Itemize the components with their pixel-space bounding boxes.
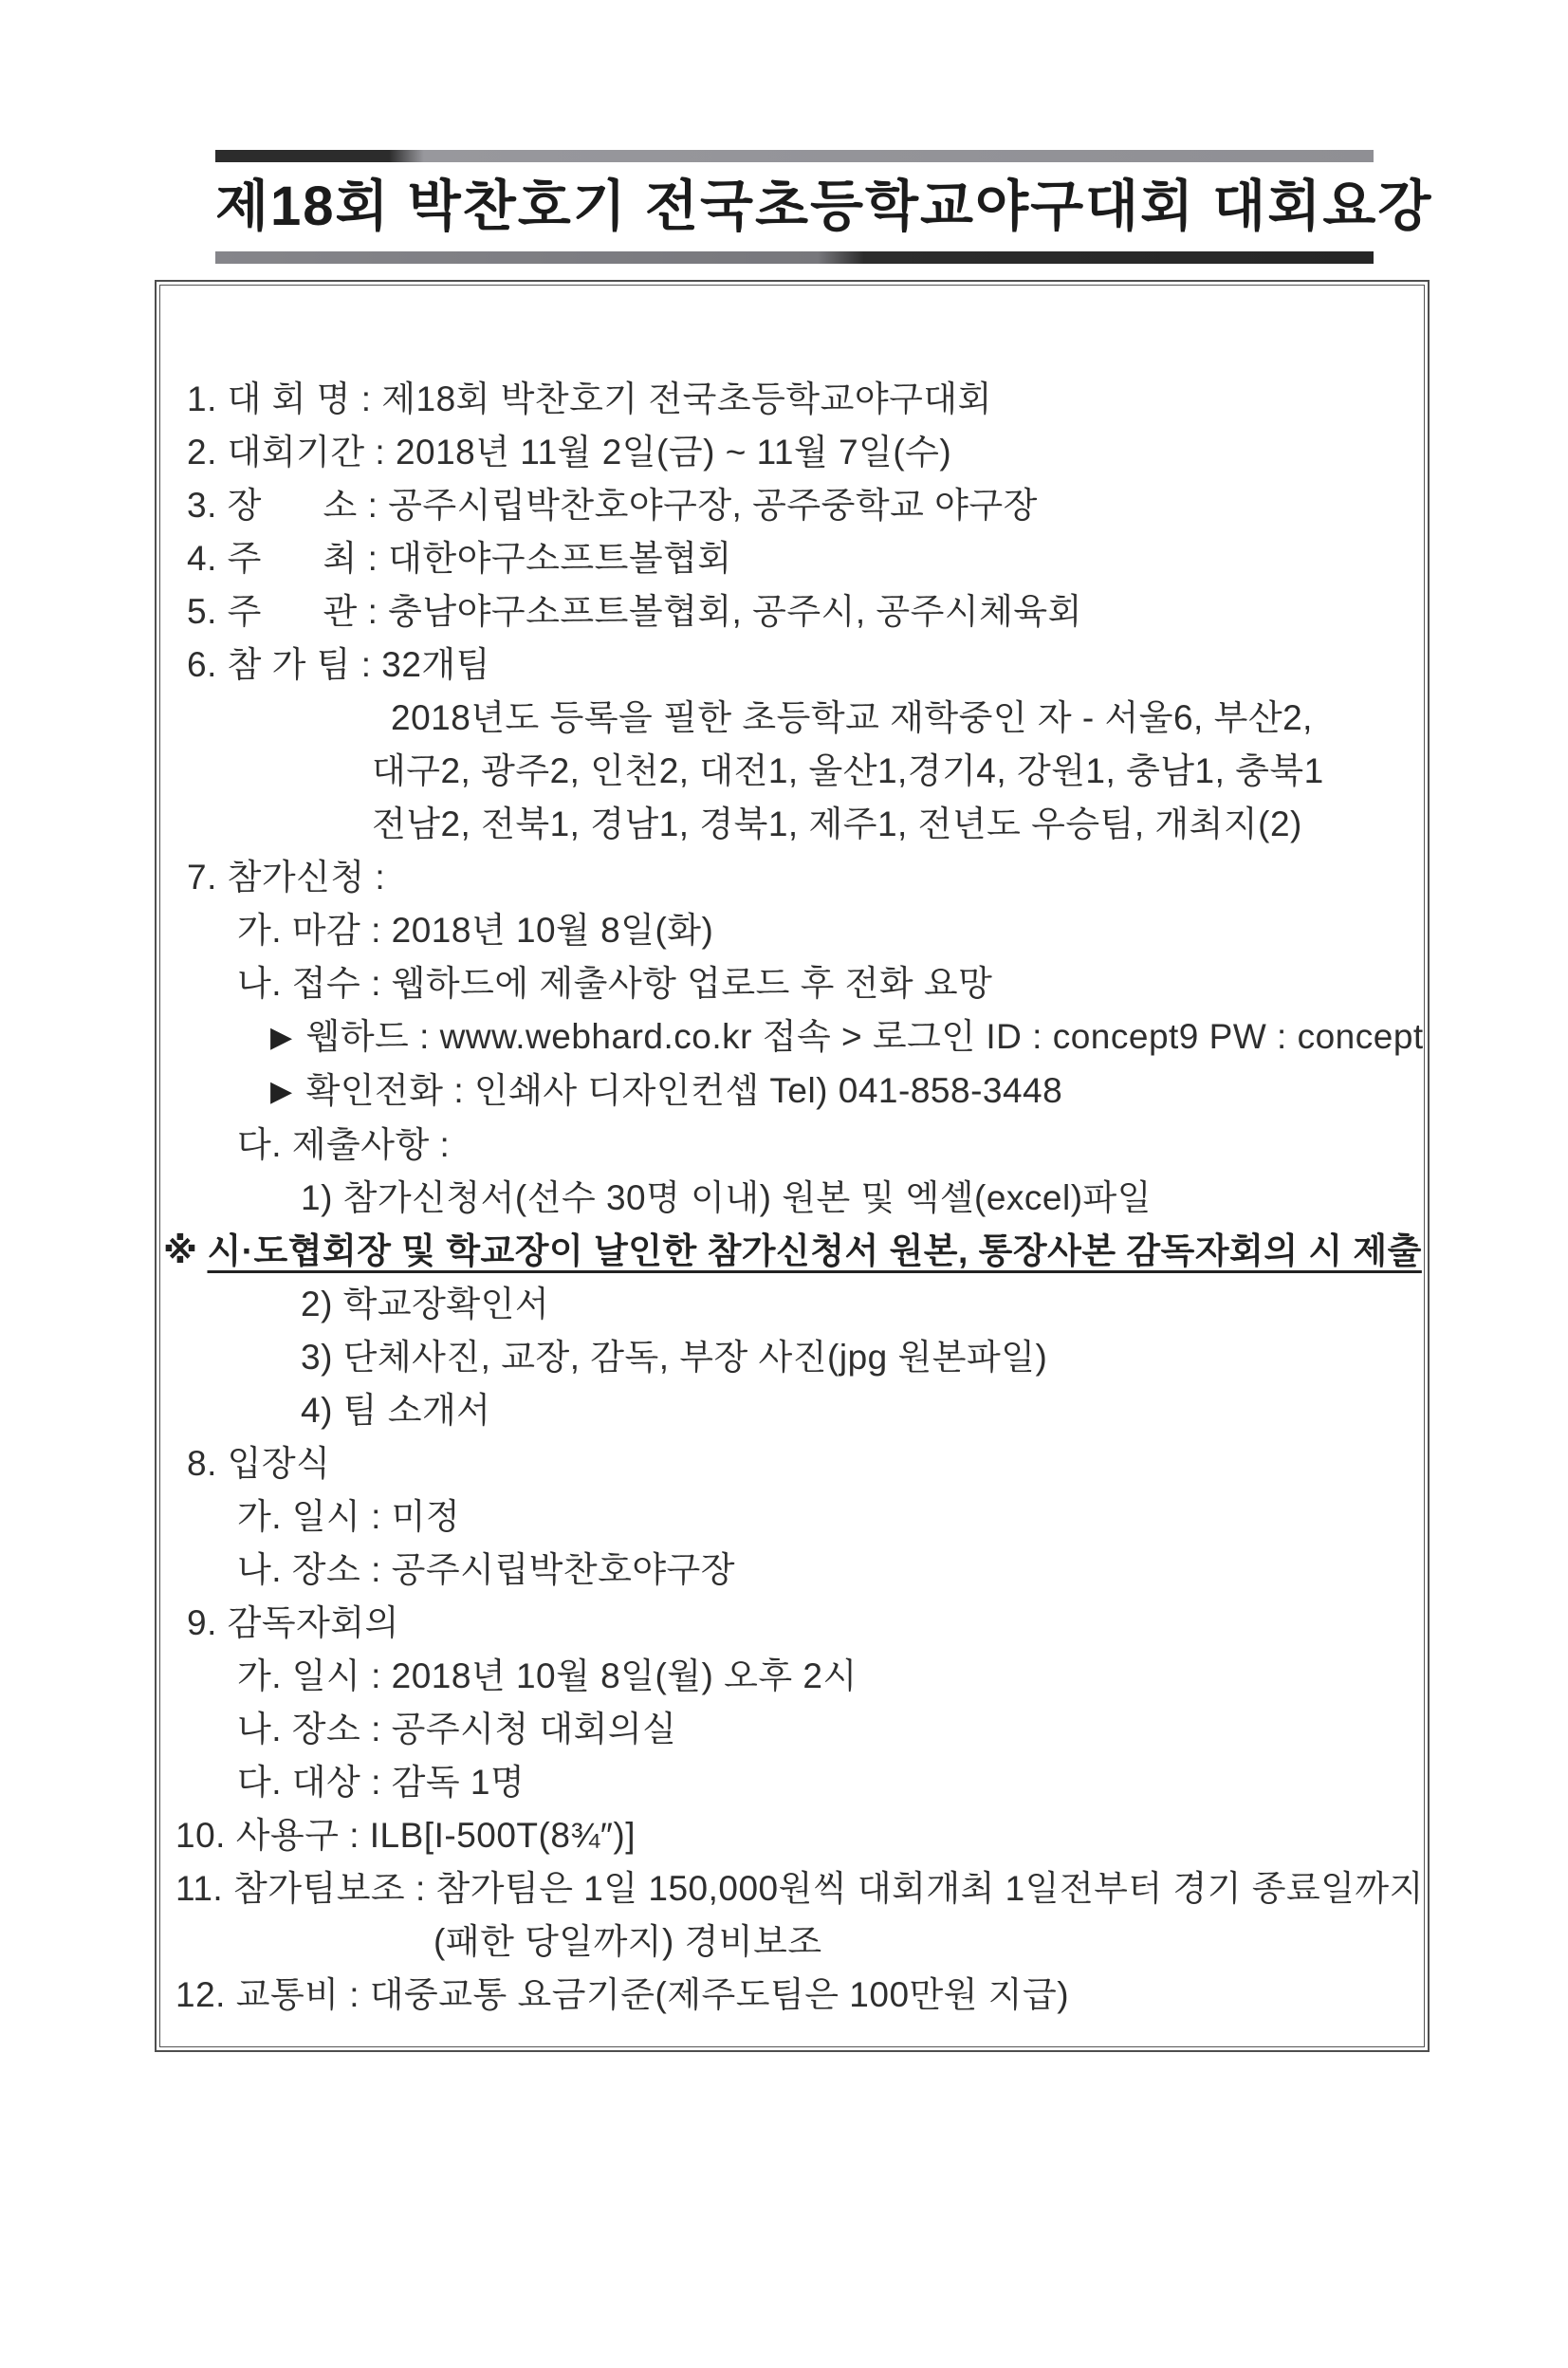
line-participating-teams: 6. 참 가 팀 : 32개팀 xyxy=(157,638,1428,692)
line-meeting-venue: 나. 장소 : 공주시청 대회의실 xyxy=(157,1703,1428,1756)
line-opening-venue: 나. 장소 : 공주시립박찬호야구장 xyxy=(157,1544,1428,1597)
title-rule-bottom xyxy=(215,251,1374,264)
line-teams-detail-1: 2018년도 등록을 필한 초등학교 재학중인 자 - 서울6, 부산2, xyxy=(157,692,1428,745)
document-page: { "doc": { "title": "제18회 박찬호기 전국초등학교야구대… xyxy=(0,150,1568,2368)
line-venue: 3. 장 소 : 공주시립박찬호야구장, 공주중학교 야구장 xyxy=(157,479,1428,532)
line-submission-notice: ※시·도협회장 및 학교장이 날인한 참가신청서 원본, 통장사본 감독자회의 … xyxy=(157,1225,1428,1278)
contact-info-text: 확인전화 : 인쇄사 디자인컨셉 Tel) 041-858-3448 xyxy=(306,1071,1063,1110)
line-opening-datetime: 가. 일시 : 미정 xyxy=(157,1490,1428,1544)
line-managers-meeting: 9. 감독자회의 xyxy=(157,1597,1428,1650)
triangle-bullet-icon: ▶ xyxy=(270,1011,293,1064)
line-doc-entry-form: 1) 참가신청서(선수 30명 이내) 원본 및 엑셀(excel)파일 xyxy=(157,1172,1428,1225)
line-team-support: 11. 참가팀보조 : 참가팀은 1일 150,000원씩 대회개최 1일전부터… xyxy=(157,1862,1428,1915)
line-opening-ceremony: 8. 입장식 xyxy=(157,1437,1428,1490)
line-submission-docs: 다. 제출사항 : xyxy=(157,1119,1428,1172)
line-host: 4. 주 최 : 대한야구소프트볼협회 xyxy=(157,532,1428,585)
line-application-method: 나. 접수 : 웹하드에 제출사항 업로드 후 전화 요망 xyxy=(157,957,1428,1010)
line-transport-fee: 12. 교통비 : 대중교통 요금기준(제주도팀은 100만원 지급) xyxy=(157,1969,1428,2022)
line-application: 7. 참가신청 : xyxy=(157,851,1428,904)
title-band: 제18회 박찬호기 전국초등학교야구대회 대회요강 xyxy=(215,150,1374,264)
line-meeting-attendee: 다. 대상 : 감독 1명 xyxy=(157,1756,1428,1809)
line-contact-info: ▶확인전화 : 인쇄사 디자인컨셉 Tel) 041-858-3448 xyxy=(157,1064,1428,1119)
reference-mark-icon: ※ xyxy=(163,1231,197,1270)
line-webhard-info: ▶웹하드 : www.webhard.co.kr 접속 > 로그인 ID : c… xyxy=(157,1010,1428,1064)
line-teams-detail-2: 대구2, 광주2, 인천2, 대전1, 울산1,경기4, 강원1, 충남1, 충… xyxy=(157,745,1428,798)
webhard-info-text: 웹하드 : www.webhard.co.kr 접속 > 로그인 ID : co… xyxy=(306,1017,1424,1056)
page-title: 제18회 박찬호기 전국초등학교야구대회 대회요강 xyxy=(215,171,1374,243)
line-application-deadline: 가. 마감 : 2018년 10월 8일(화) xyxy=(157,904,1428,957)
triangle-bullet-icon: ▶ xyxy=(270,1065,293,1119)
line-teams-detail-3: 전남2, 전북1, 경남1, 경북1, 제주1, 전년도 우승팀, 개최지(2) xyxy=(157,798,1428,851)
document-body: 1. 대 회 명 : 제18회 박찬호기 전국초등학교야구대회 2. 대회기간 … xyxy=(157,282,1428,2022)
line-tournament-name: 1. 대 회 명 : 제18회 박찬호기 전국초등학교야구대회 xyxy=(157,373,1428,426)
title-rule-top xyxy=(215,150,1374,162)
line-meeting-datetime: 가. 일시 : 2018년 10월 8일(월) 오후 2시 xyxy=(157,1650,1428,1703)
line-organizer: 5. 주 관 : 충남야구소프트볼협회, 공주시, 공주시체육회 xyxy=(157,585,1428,638)
line-doc-photos: 3) 단체사진, 교장, 감독, 부장 사진(jpg 원본파일) xyxy=(157,1331,1428,1384)
content-border-box: 1. 대 회 명 : 제18회 박찬호기 전국초등학교야구대회 2. 대회기간 … xyxy=(155,280,1430,2052)
line-team-support-cont: (패한 당일까지) 경비보조 xyxy=(157,1915,1428,1969)
line-official-ball: 10. 사용구 : ILB[I-500T(8¾″)] xyxy=(157,1809,1428,1862)
line-doc-team-intro: 4) 팀 소개서 xyxy=(157,1384,1428,1437)
line-doc-principal-confirm: 2) 학교장확인서 xyxy=(157,1278,1428,1331)
line-tournament-period: 2. 대회기간 : 2018년 11월 2일(금) ~ 11월 7일(수) xyxy=(157,426,1428,479)
submission-notice-text: 시·도협회장 및 학교장이 날인한 참가신청서 원본, 통장사본 감독자회의 시… xyxy=(207,1231,1421,1270)
